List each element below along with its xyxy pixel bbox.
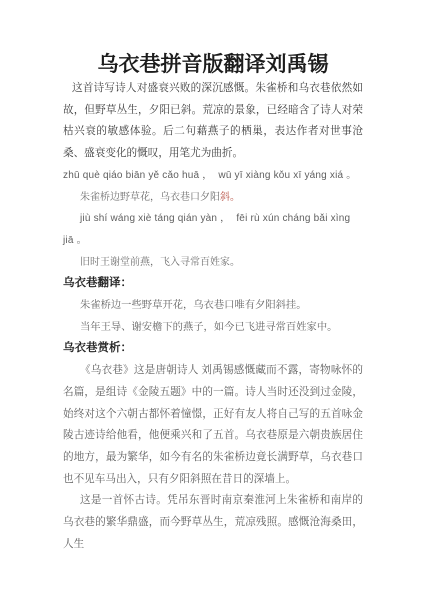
- poem-line-1: 朱雀桥边野草花，乌衣巷口夕阳斜。: [63, 187, 363, 209]
- poem-line-1-highlight: 斜。: [220, 192, 240, 203]
- analysis-paragraph: 《乌衣巷》这是唐朝诗人 刘禹锡感慨藏而不露，寄物咏怀的名篇，是组诗《金陵五题》中…: [63, 360, 363, 490]
- poem-line-1-text: 朱雀桥边野草花，乌衣巷口夕阳: [80, 192, 220, 203]
- analysis-paragraph: 这是一首怀古诗。凭吊东晋时南京秦淮河上朱雀桥和南岸的乌衣巷的繁华鼎盛，而今野草丛…: [63, 490, 363, 555]
- pinyin-line-2: jiù shí wáng xiè táng qián yàn ， fēi rù …: [63, 208, 363, 251]
- pinyin-line-1: zhū què qiáo biān yě cǎo huā ， wū yī xià…: [63, 165, 363, 187]
- analysis-heading: 乌衣巷赏析：: [63, 338, 363, 360]
- translation-line: 朱雀桥边一些野草开花，乌衣巷口唯有夕阳斜挂。: [63, 295, 363, 317]
- document-page: 乌衣巷拼音版翻译刘禹锡 这首诗写诗人对盛衰兴败的深沉感慨。朱雀桥和乌衣巷依然如故…: [0, 0, 424, 600]
- page-title: 乌衣巷拼音版翻译刘禹锡: [63, 52, 363, 78]
- translation-heading: 乌衣巷翻译：: [63, 273, 363, 295]
- translation-line: 当年王导、谢安檐下的燕子，如今已飞进寻常百姓家中。: [63, 317, 363, 339]
- poem-line-2: 旧时王谢堂前燕，飞入寻常百姓家。: [63, 252, 363, 274]
- intro-paragraph: 这首诗写诗人对盛衰兴败的深沉感慨。朱雀桥和乌衣巷依然如故，但野草丛生，夕阳已斜。…: [63, 78, 363, 165]
